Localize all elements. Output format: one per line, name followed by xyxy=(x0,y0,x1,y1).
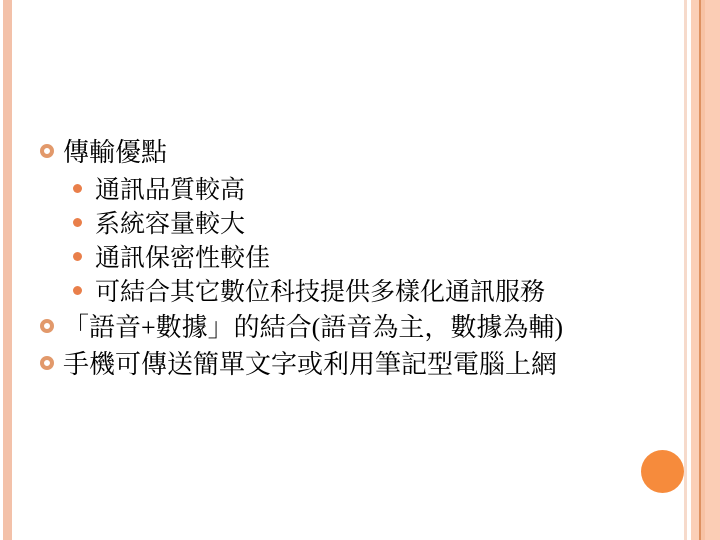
dot-bullet-icon xyxy=(73,218,82,227)
ring-bullet-icon xyxy=(40,319,54,333)
bullet-item-level2: 系統容量較大 xyxy=(40,205,655,239)
bullet-item-level2: 通訊保密性較佳 xyxy=(40,239,655,273)
dot-bullet-icon xyxy=(73,184,82,193)
bullet-text: 通訊品質較高 xyxy=(95,170,245,206)
left-edge-stripe xyxy=(3,0,12,540)
bullet-item-level2: 通訊品質較高 xyxy=(40,171,655,205)
right-stripe-light xyxy=(691,0,699,540)
ring-bullet-icon xyxy=(40,356,54,370)
accent-circle xyxy=(641,450,684,493)
dot-bullet-icon xyxy=(73,286,82,295)
slide-body: 傳輸優點 通訊品質較高 系統容量較大 通訊保密性較佳 可結合其它數位科技提供多樣… xyxy=(40,130,655,381)
bullet-text: 傳輸優點 xyxy=(63,132,167,169)
bullet-item-level1: 手機可傳送簡單文字或利用筆記型電腦上網 xyxy=(40,344,655,381)
bullet-text: 手機可傳送簡單文字或利用筆記型電腦上網 xyxy=(63,344,557,381)
bullet-text: 系統容量較大 xyxy=(95,204,245,240)
right-edge-stripes xyxy=(684,0,720,540)
ring-bullet-icon xyxy=(40,144,54,158)
right-stripe-outer xyxy=(705,0,720,540)
bullet-item-level1: 「語音+數據」的結合(語音為主，數據為輔) xyxy=(40,307,655,344)
bullet-text: 「語音+數據」的結合(語音為主，數據為輔) xyxy=(63,307,563,344)
bullet-item-level2: 可結合其它數位科技提供多樣化通訊服務 xyxy=(40,273,655,307)
bullet-text: 通訊保密性較佳 xyxy=(95,238,270,274)
bullet-item-level1: 傳輸優點 xyxy=(40,130,655,171)
bullet-text: 可結合其它數位科技提供多樣化通訊服務 xyxy=(95,272,545,308)
dot-bullet-icon xyxy=(73,252,82,261)
